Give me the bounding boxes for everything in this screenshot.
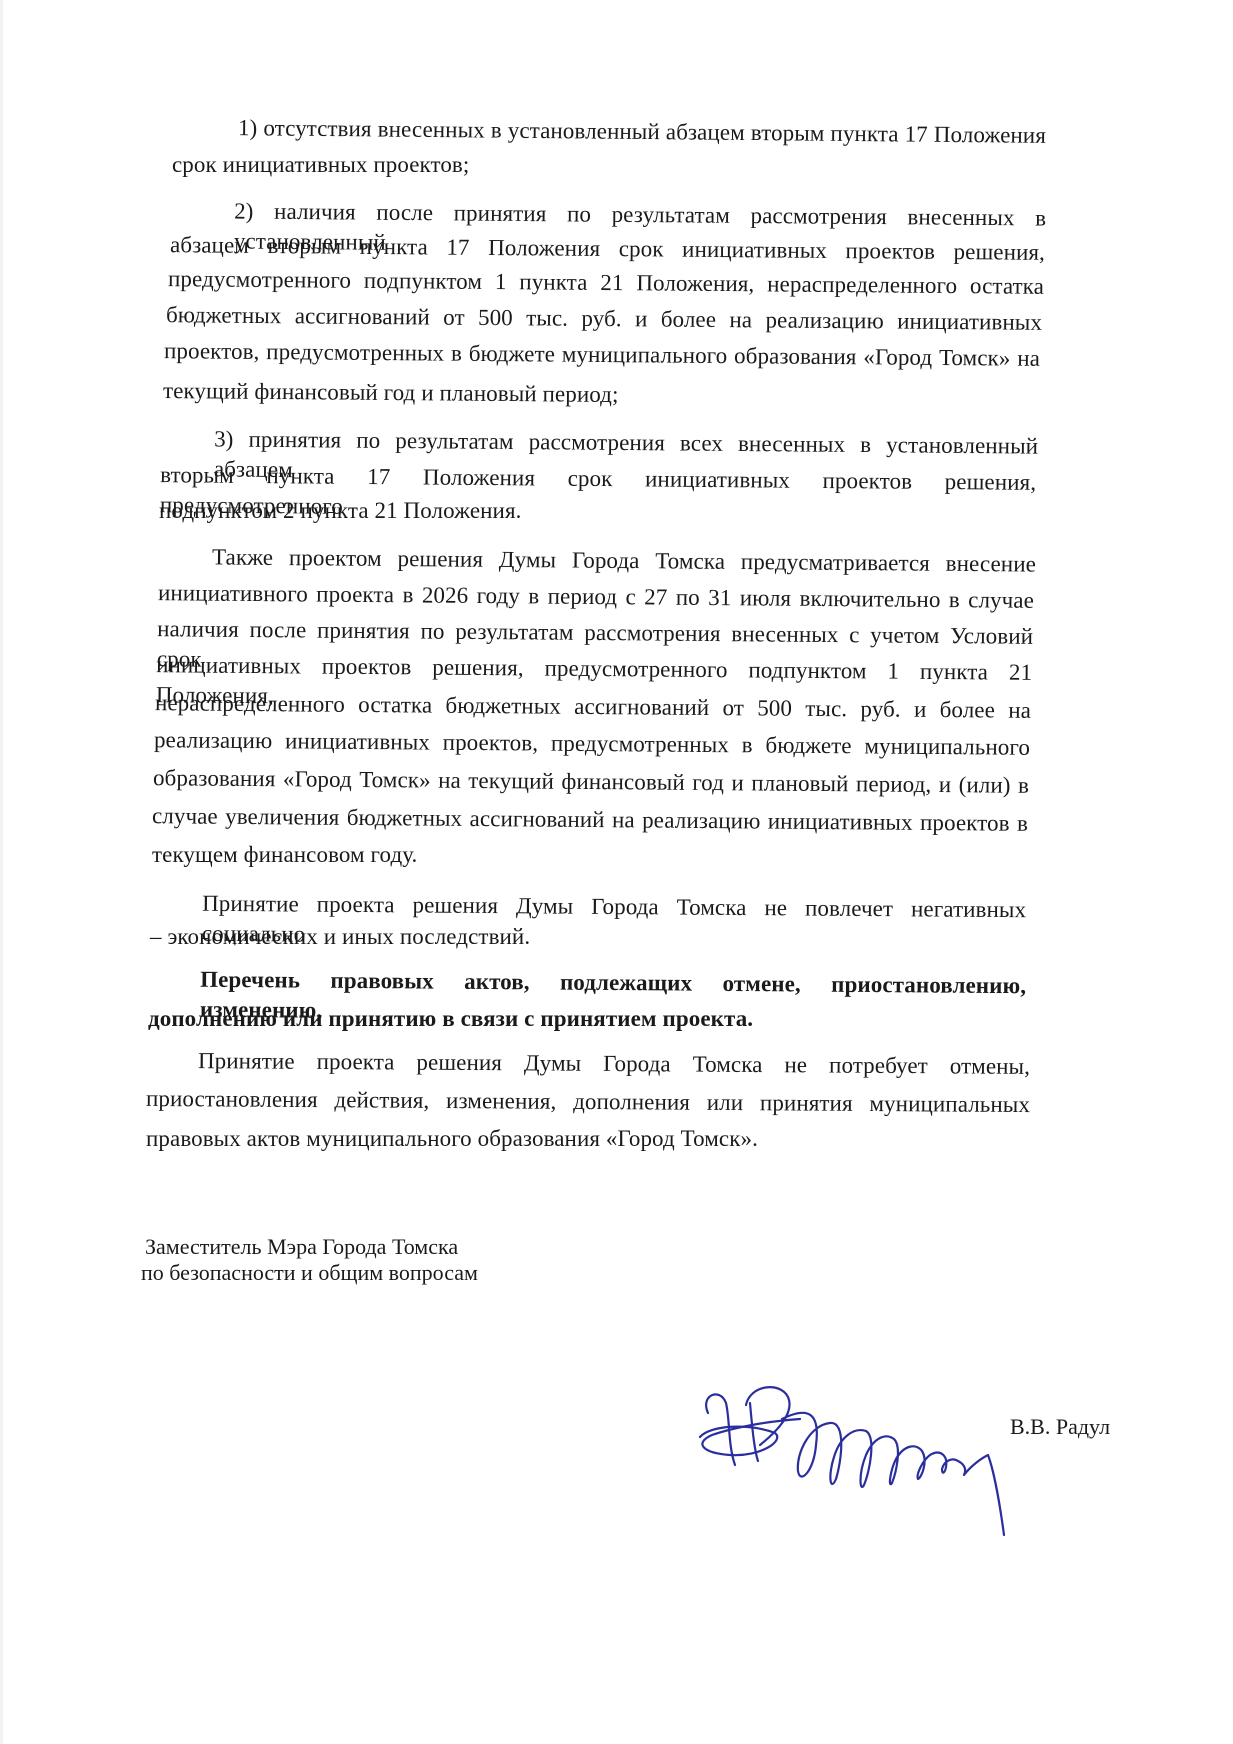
consequences-line-2: – экономических и иных последствий.: [150, 922, 530, 952]
item-2-line-6: текущий финансовый год и плановый период…: [163, 376, 619, 410]
also-line-8: случае увеличения бюджетных ассигнований…: [152, 801, 1028, 839]
acts-line-3: правовых актов муниципального образовани…: [146, 1124, 758, 1154]
item-1-line-1: 1) отсутствия внесенных в установленный …: [238, 113, 1046, 151]
item-2-line-2: абзацем вторым пункта 17 Положения срок …: [170, 230, 1045, 268]
also-line-1: Также проектом решения Думы Города Томск…: [212, 542, 1036, 579]
handwritten-signature-icon: [690, 1375, 1020, 1540]
item-2-line-3: предусмотренного подпунктом 1 пункта 21 …: [168, 264, 1044, 302]
also-line-7: образования «Город Томск» на текущий фин…: [153, 763, 1029, 801]
document-page: 1) отсутствия внесенных в установленный …: [0, 0, 1233, 1744]
also-line-6: реализацию инициативных проектов, предус…: [154, 725, 1030, 763]
section-heading-line-2: дополнению или принятию в связи с принят…: [148, 1004, 753, 1034]
signer-position-line-1: Заместитель Мэра Города Томска: [145, 1234, 458, 1260]
item-3-line-3: подпунктом 2 пункта 21 Положения.: [159, 496, 521, 526]
item-2-line-4: бюджетных ассигнований от 500 тыс. руб. …: [166, 300, 1042, 338]
item-2-line-5: проектов, предусмотренных в бюджете муни…: [164, 336, 1040, 374]
item-1-line-2: срок инициативных проектов;: [172, 150, 469, 180]
scan-edge: [0, 0, 3, 1744]
acts-line-1: Принятие проекта решения Думы Города Том…: [198, 1046, 1030, 1082]
signer-position-line-2: по безопасности и общим вопросам: [141, 1260, 478, 1286]
signer-name: В.В. Радул: [1010, 1414, 1110, 1440]
also-line-5: нераспределенного остатка бюджетных асси…: [155, 688, 1031, 726]
acts-line-2: приостановления действия, изменения, доп…: [146, 1084, 1030, 1120]
also-line-9: текущем финансовом году.: [152, 840, 417, 870]
also-line-2: инициативного проекта в 2026 году в пери…: [158, 578, 1034, 616]
